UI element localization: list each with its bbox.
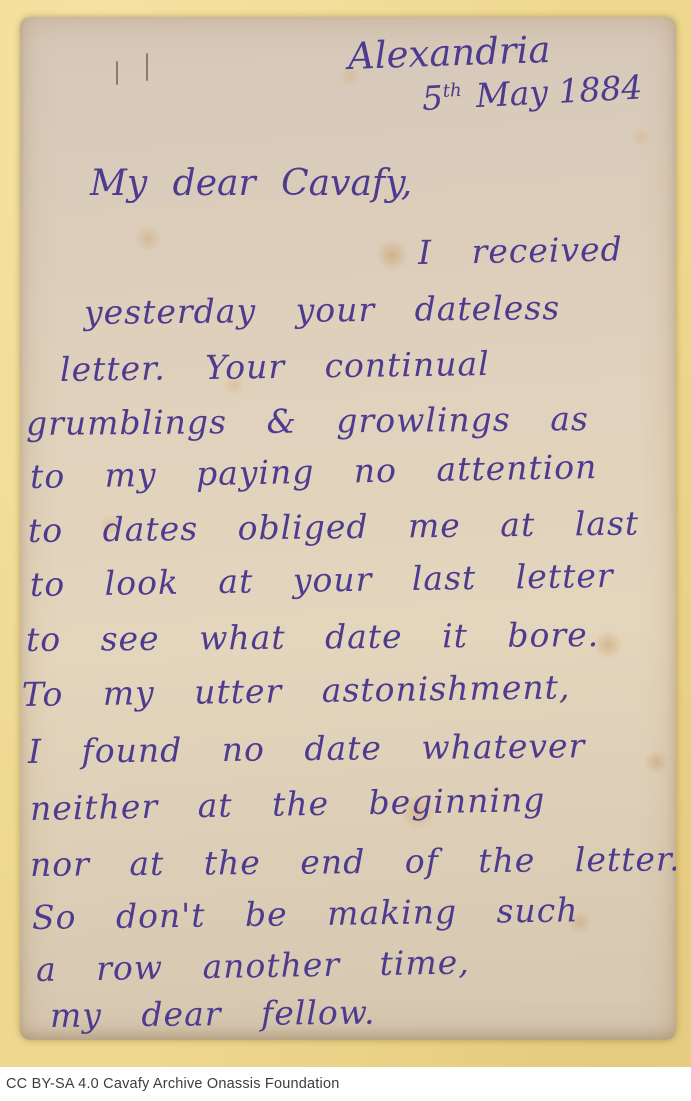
letter-line: to dates obliged me at last (28, 504, 640, 550)
letter-line: my dear fellow. (50, 993, 376, 1035)
letter-line: I found no date whatever (28, 726, 586, 771)
letter-salutation: My dear Cavafy, (90, 163, 412, 204)
date-ordinal: th (442, 80, 462, 102)
license-caption-text: CC BY-SA 4.0 Cavafy Archive Onassis Foun… (6, 1076, 339, 1092)
letter-place: Alexandria (347, 28, 551, 78)
date-month-year: May 1884 (475, 67, 643, 115)
letter-line: grumblings & growlings as (26, 399, 589, 443)
letter-line: yesterday your dateless (84, 288, 561, 332)
letter-line: neither at the beginning (30, 780, 546, 828)
letter-line: letter. Your continual (60, 344, 490, 389)
letter-line: So don't be making such (32, 890, 579, 937)
letter-line: To my utter astonishment, (22, 667, 571, 714)
date-day: 5 (421, 78, 444, 118)
letter-line: to see what date it bore. (26, 615, 600, 659)
letter-line: a row another time, (36, 942, 470, 989)
letter-line: to look at your last letter (30, 556, 614, 604)
letter-line: to my paying no attention (30, 447, 598, 496)
letter-date: 5thMay 1884 (421, 67, 643, 117)
letter-line: nor at the end of the letter. (30, 839, 676, 884)
letter-paper: Alexandria 5thMay 1884 My dear Cavafy, I… (20, 17, 676, 1040)
stray-ink-mark (146, 53, 148, 81)
license-caption-bar: CC BY-SA 4.0 Cavafy Archive Onassis Foun… (0, 1067, 691, 1101)
letter-line: I received (418, 229, 623, 272)
stray-ink-mark (116, 61, 118, 85)
scan-background: Alexandria 5thMay 1884 My dear Cavafy, I… (0, 0, 691, 1101)
